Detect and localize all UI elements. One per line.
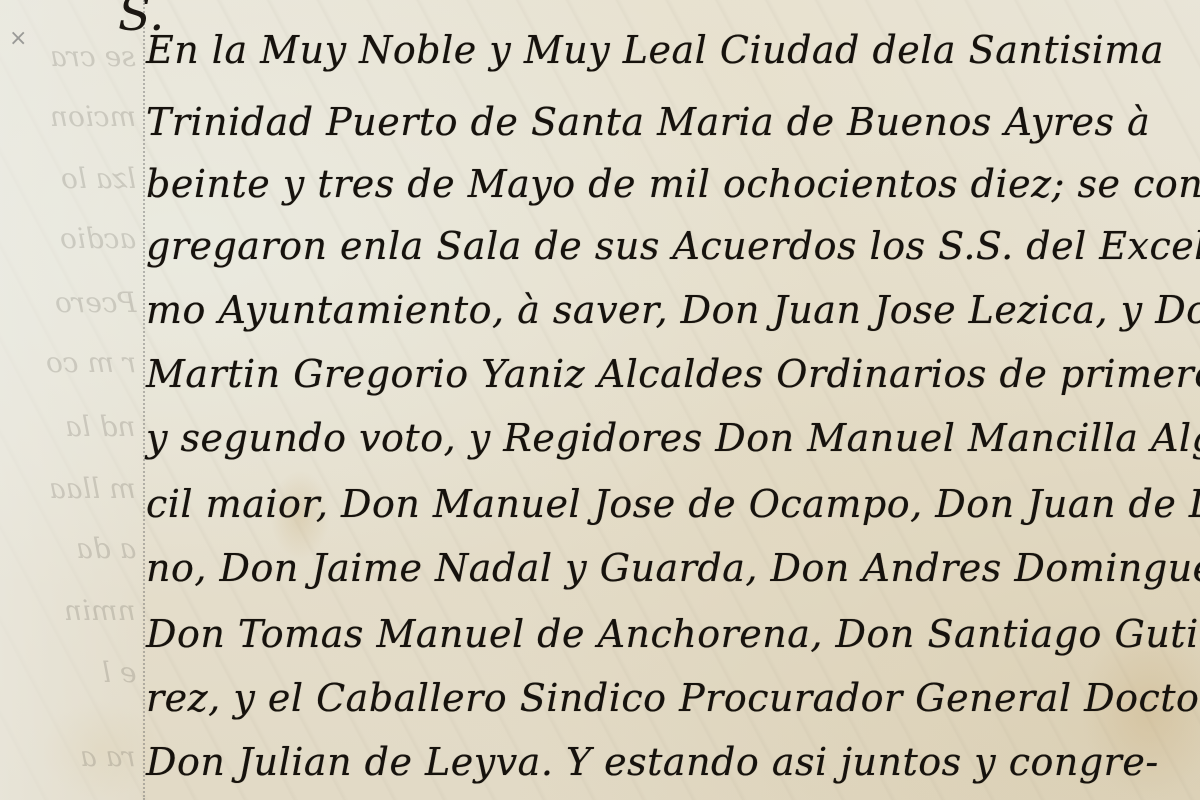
manuscript-line: no, Don Jaime Nadal y Guarda, Don Andres… [146, 546, 1200, 590]
ghost-text: mcion [50, 100, 136, 133]
manuscript-line: cil maior, Don Manuel Jose de Ocampo, Do… [146, 482, 1200, 526]
ghost-text: se cra [50, 40, 136, 73]
manuscript-line: Trinidad Puerto de Santa Maria de Buenos… [146, 100, 1150, 144]
ghost-text: nd la [65, 410, 136, 443]
ghost-text: e l [102, 656, 136, 689]
manuscript-line: beinte y tres de Mayo de mil ochocientos… [146, 162, 1200, 206]
margin-rule-line [143, 0, 145, 800]
manuscript-line: Don Julian de Leyva. Y estando asi junto… [146, 740, 1159, 784]
manuscript-line: gregaron enla Sala de sus Acuerdos los S… [146, 224, 1200, 268]
manuscript-line: mo Ayuntamiento, à saver, Don Juan Jose … [146, 288, 1200, 332]
manuscript-line: Martin Gregorio Yaniz Alcaldes Ordinario… [146, 352, 1200, 396]
ghost-text: ra a [80, 740, 136, 773]
ghost-text: nmin [64, 594, 136, 627]
ghost-text: m llaa [49, 472, 136, 505]
manuscript-line: En la Muy Noble y Muy Leal Ciudad dela S… [146, 28, 1164, 72]
ghost-text: r m co [46, 346, 136, 379]
manuscript-line: y segundo voto, y Regidores Don Manuel M… [146, 416, 1200, 460]
manuscript-line: rez, y el Caballero Sindico Procurador G… [146, 676, 1200, 720]
margin-cross-mark: × [9, 26, 27, 51]
ghost-text: acdio [60, 222, 136, 255]
margin-bleed-through: se cra mcion lza lo acdio Pcero r m co n… [0, 0, 142, 800]
manuscript-line: Don Tomas Manuel de Anchorena, Don Santi… [146, 612, 1200, 656]
ghost-text: lza lo [61, 162, 136, 195]
ghost-text: a da [76, 532, 136, 565]
ghost-text: Pcero [55, 286, 136, 319]
